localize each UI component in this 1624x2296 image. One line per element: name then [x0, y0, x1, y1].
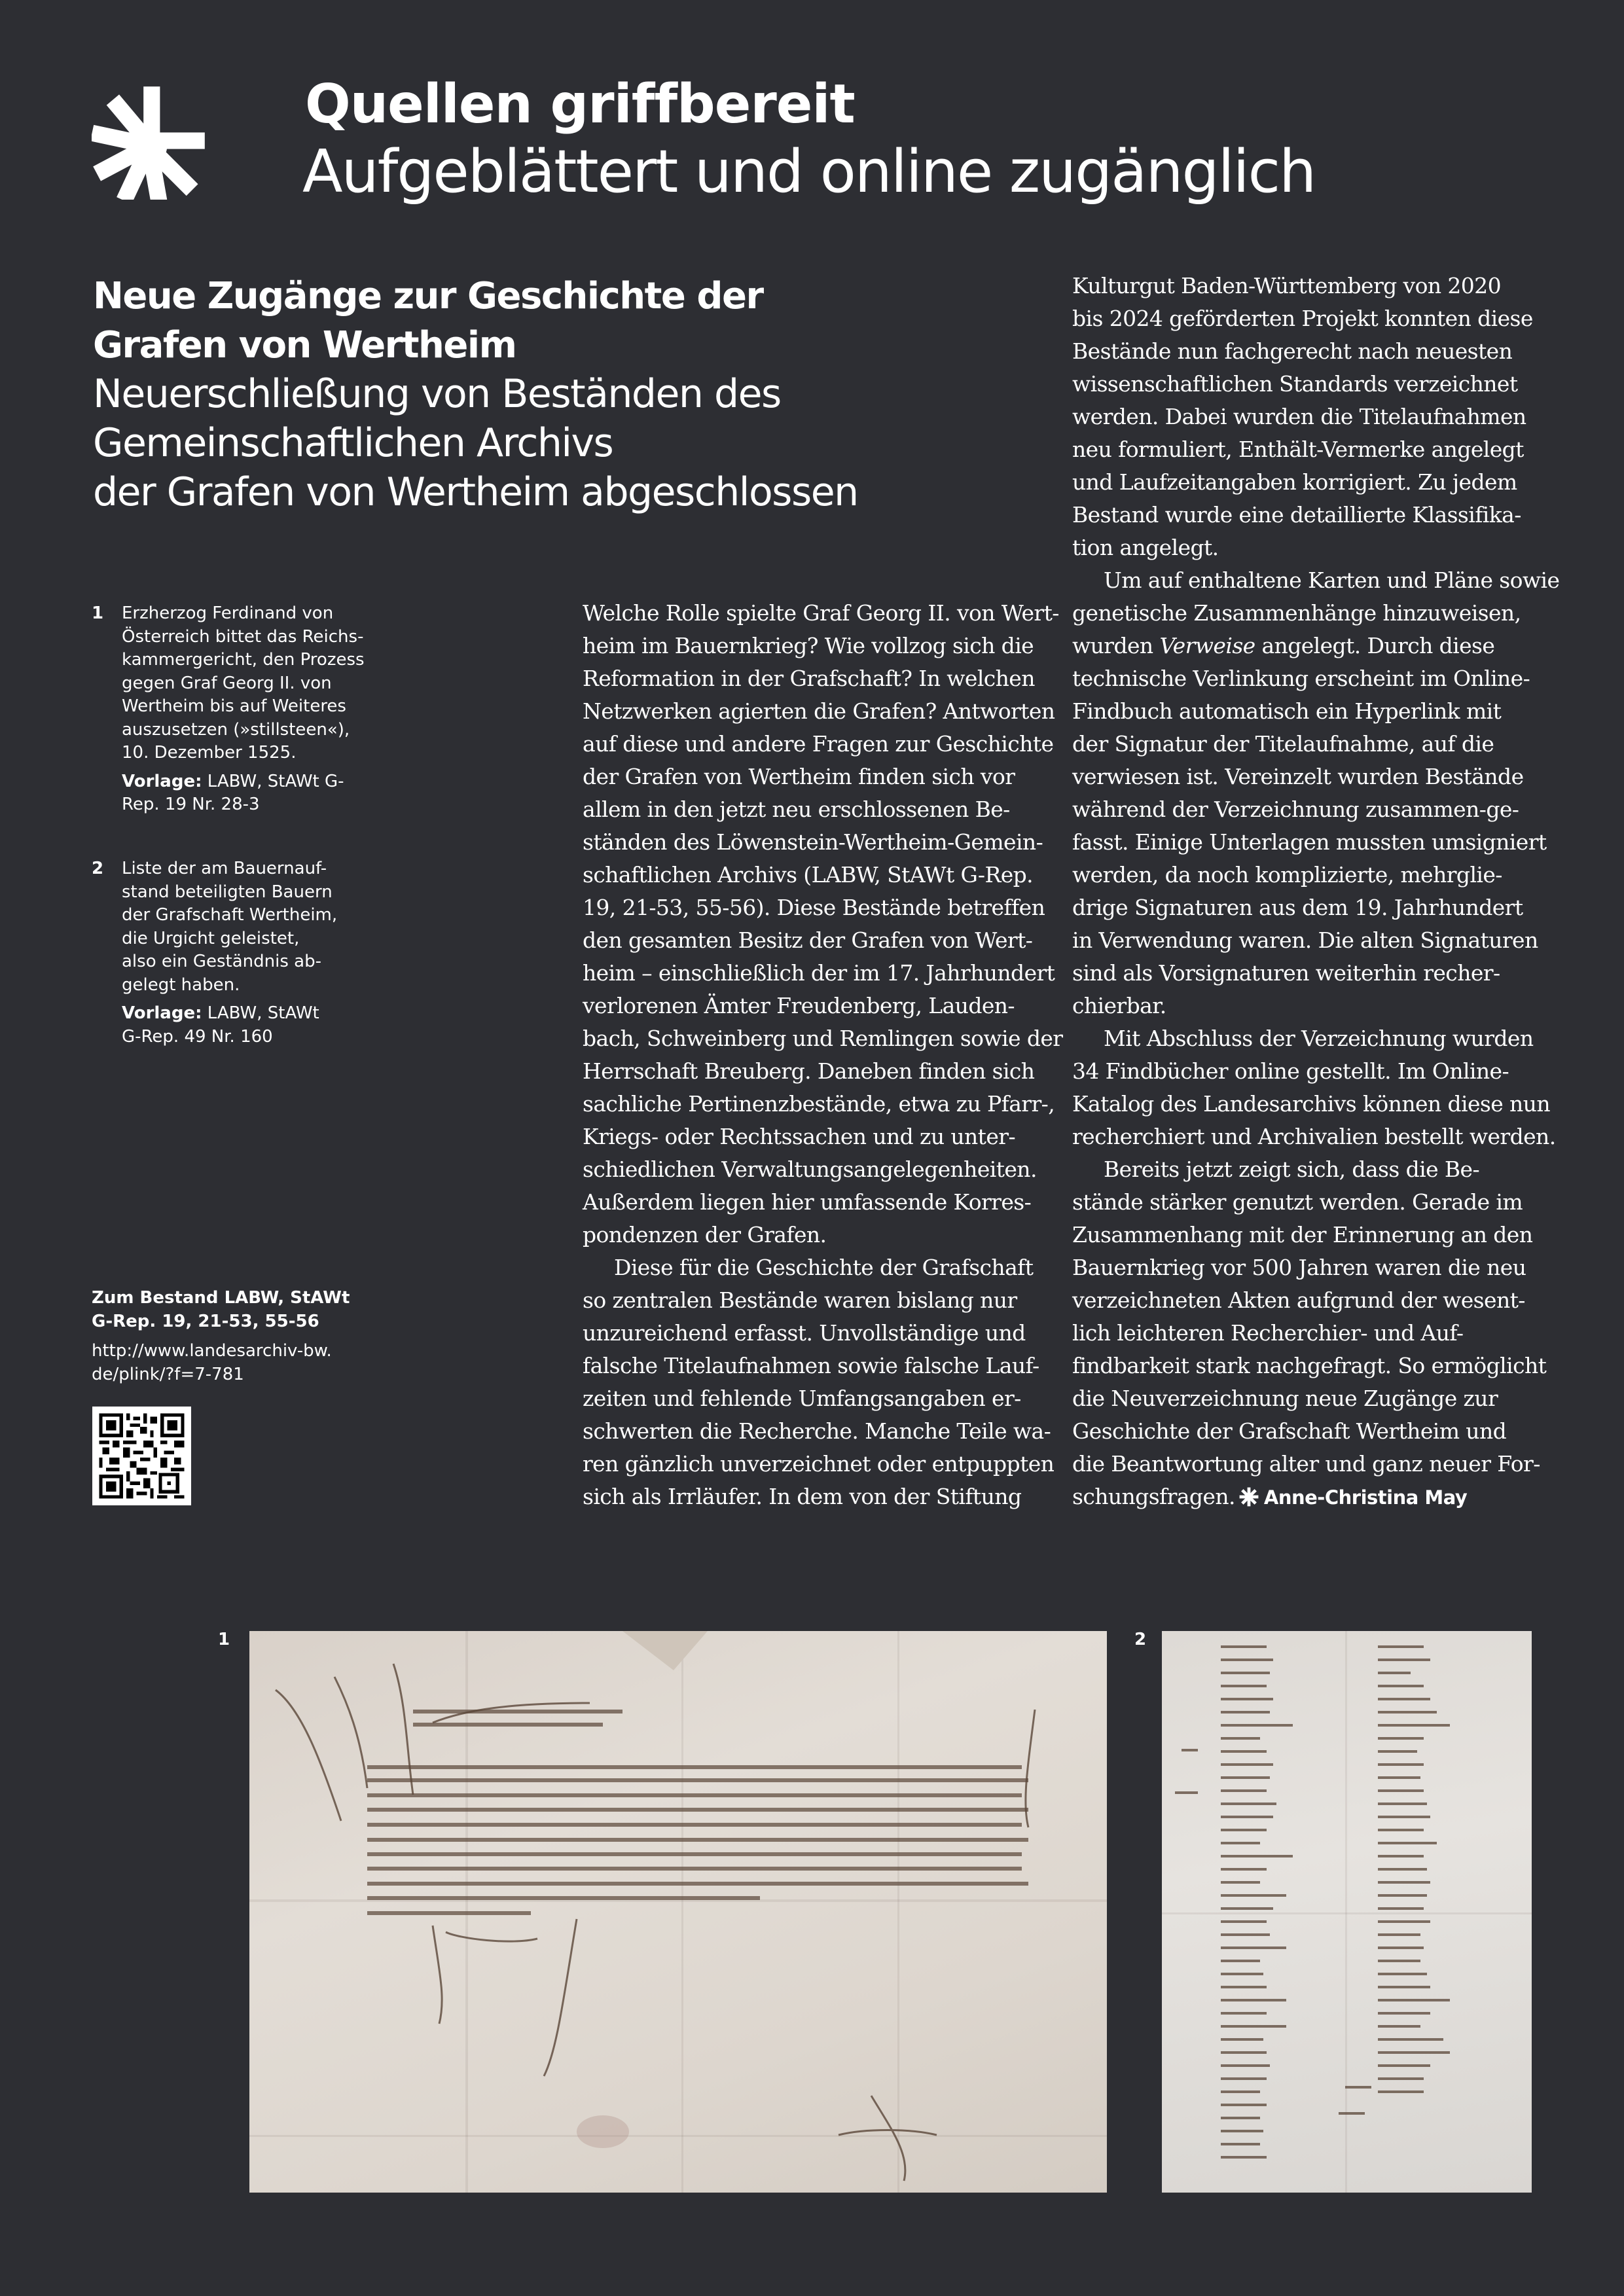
asterisk-star-icon	[1239, 1487, 1259, 1507]
text-line: Mit Abschluss der Verzeichnung wurden	[1072, 1022, 1559, 1055]
text-line: Welche Rolle spielte Graf Georg II. von …	[583, 597, 1062, 630]
handwriting-list-illustration	[1162, 1631, 1532, 2193]
text-line: lich leichteren Recherchier- und Auf-	[1072, 1317, 1559, 1350]
text-line: heim im Bauernkrieg? Wie vollzog sich di…	[583, 630, 1062, 662]
text-line: schaftlichen Archivs (LABW, StAWt G-Rep.	[583, 859, 1062, 891]
url-line[interactable]: de/plink/?f=7-781	[92, 1363, 350, 1387]
caption-line: Liste der am Bauernauf-	[122, 857, 393, 881]
text-line: werden. Dabei wurden die Titelaufnahmen	[1072, 401, 1559, 433]
image-number: 1	[218, 1630, 230, 1649]
caption-source: Vorlage: LABW, StAWt G-Rep. 49 Nr. 160	[122, 1002, 393, 1049]
text-line: Bestand wurde eine detaillierte Klassifi…	[1072, 499, 1559, 531]
subheading-line: der Grafen von Wertheim abgeschlossen	[93, 468, 858, 517]
text-line: während der Verzeichnung zusammen-ge-	[1072, 793, 1559, 826]
text-fragment: angelegt. Durch diese	[1255, 633, 1495, 658]
italic-term: Verweise	[1159, 633, 1255, 658]
article-heading: Neue Zugänge zur Geschichte der Grafen v…	[93, 272, 763, 370]
text-line: die Neuverzeichnung neue Zugänge zur	[1072, 1382, 1559, 1415]
text-line: technische Verlinkung erscheint im Onlin…	[1072, 662, 1559, 695]
bestand-url[interactable]: http://www.landesarchiv-bw. de/plink/?f=…	[92, 1340, 350, 1386]
text-line: sind als Vorsignaturen weiterhin recher-	[1072, 957, 1559, 990]
caption-number: 1	[92, 602, 103, 626]
text-line: in Verwendung waren. Die alten Signature…	[1072, 924, 1559, 957]
text-line: Um auf enthaltene Karten und Pläne sowie	[1072, 564, 1559, 597]
caption-line: gelegt haben.	[122, 974, 393, 997]
caption-line: Erzherzog Ferdinand von	[122, 602, 393, 626]
text-line: der Signatur der Titelaufnahme, auf die	[1072, 728, 1559, 761]
author-name: Anne-Christina May	[1264, 1486, 1467, 1509]
text-line: Bereits jetzt zeigt sich, dass die Be-	[1072, 1153, 1559, 1186]
caption-line: Österreich bittet das Reichs-	[122, 626, 393, 649]
text-line: tion angelegt.	[1072, 531, 1559, 564]
caption-line: der Grafschaft Wertheim,	[122, 904, 393, 927]
text-line: stände stärker genutzt werden. Gerade im	[1072, 1186, 1559, 1219]
poster-subtitle: Aufgeblättert und online zugänglich	[302, 136, 1315, 208]
text-line: ständen des Löwenstein-Wertheim-Gemein-	[583, 826, 1062, 859]
text-line: der Grafen von Wertheim finden sich vor	[583, 761, 1062, 793]
source-line: Rep. 19 Nr. 28-3	[122, 793, 393, 817]
source-line: G-Rep. 49 Nr. 160	[122, 1026, 393, 1049]
text-line: sachliche Pertinenzbestände, etwa zu Pfa…	[583, 1088, 1062, 1121]
text-fragment: schungsfragen.	[1072, 1484, 1235, 1509]
text-line: schwerten die Recherche. Manche Teile wa…	[583, 1415, 1062, 1448]
text-line: wurden Verweise angelegt. Durch diese	[1072, 630, 1559, 662]
text-line: findbarkeit stark nachgefragt. So ermögl…	[1072, 1350, 1559, 1382]
caption-source: Vorlage: LABW, StAWt G- Rep. 19 Nr. 28-3	[122, 770, 393, 817]
text-line: pondenzen der Grafen.	[583, 1219, 1062, 1251]
poster-title: Quellen griffbereit	[305, 72, 855, 137]
caption-line: die Urgicht geleistet,	[122, 927, 393, 951]
text-line: und Laufzeitangaben korrigiert. Zu jedem	[1072, 466, 1559, 499]
text-line: bach, Schweinberg und Remlingen sowie de…	[583, 1022, 1062, 1055]
text-line: Kriegs- oder Rechtssachen und zu unter-	[583, 1121, 1062, 1153]
text-line: bis 2024 geförderten Projekt konnten die…	[1072, 302, 1559, 335]
text-line: Diese für die Geschichte der Grafschaft	[583, 1251, 1062, 1284]
article-subheading: Neuerschließung von Beständen des Gemein…	[93, 370, 858, 517]
text-line: Bauernkrieg vor 500 Jahren waren die neu	[1072, 1251, 1559, 1284]
article-column-1: Welche Rolle spielte Graf Georg II. von …	[583, 597, 1062, 1513]
bestand-title-line: Zum Bestand LABW, StAWt	[92, 1287, 350, 1310]
text-line: heim – einschließlich der im 17. Jahrhun…	[583, 957, 1062, 990]
text-line: auf diese und andere Fragen zur Geschich…	[583, 728, 1062, 761]
text-line: so zentralen Bestände waren bislang nur	[583, 1284, 1062, 1317]
source-line: LABW, StAWt G-	[208, 772, 344, 791]
subheading-line: Gemeinschaftlichen Archivs	[93, 419, 858, 468]
text-line: schiedlichen Verwaltungsangelegenheiten.	[583, 1153, 1062, 1186]
text-line: die Beantwortung alter und ganz neuer Fo…	[1072, 1448, 1559, 1480]
text-line: 34 Findbücher online gestellt. Im Online…	[1072, 1055, 1559, 1088]
text-line: neu formuliert, Enthält-Vermerke angeleg…	[1072, 433, 1559, 466]
text-line: Herrschaft Breuberg. Daneben finden sich	[583, 1055, 1062, 1088]
text-line: schungsfragen.Anne-Christina May	[1072, 1480, 1559, 1514]
text-line: werden, da noch komplizierte, mehrglie-	[1072, 859, 1559, 891]
text-line: zeiten und fehlende Umfangsangaben er-	[583, 1382, 1062, 1415]
text-line: Zusammenhang mit der Erinnerung an den	[1072, 1219, 1559, 1251]
document-image-letter	[249, 1631, 1107, 2193]
text-line: Katalog des Landesarchivs können diese n…	[1072, 1088, 1559, 1121]
text-line: Außerdem liegen hier umfassende Korres-	[583, 1186, 1062, 1219]
caption-line: auszusetzen (»stillsteen«),	[122, 719, 393, 742]
source-label: Vorlage:	[122, 1003, 202, 1023]
text-line: verlorenen Ämter Freudenberg, Lauden-	[583, 990, 1062, 1022]
text-line: unzureichend erfasst. Unvollständige und	[583, 1317, 1062, 1350]
heading-line: Grafen von Wertheim	[93, 321, 763, 370]
text-line: wissenschaftlichen Standards verzeichnet	[1072, 368, 1559, 401]
caption-1: 1 Erzherzog Ferdinand von Österreich bit…	[92, 602, 393, 817]
text-line: Reformation in der Grafschaft? In welche…	[583, 662, 1062, 695]
text-line: Findbuch automatisch ein Hyperlink mit	[1072, 695, 1559, 728]
text-line: Kulturgut Baden-Württemberg von 2020	[1072, 270, 1559, 302]
text-line: Bestände nun fachgerecht nach neuesten	[1072, 335, 1559, 368]
text-line: 19, 21-53, 55-56). Diese Bestände betref…	[583, 891, 1062, 924]
document-image-list	[1162, 1631, 1532, 2193]
asterisk-star-icon	[92, 82, 209, 200]
caption-line: stand beteiligten Bauern	[122, 881, 393, 905]
url-line[interactable]: http://www.landesarchiv-bw.	[92, 1340, 350, 1363]
caption-line: gegen Graf Georg II. von	[122, 672, 393, 696]
caption-number: 2	[92, 857, 103, 881]
text-line: verzeichneten Akten aufgrund der wesent-	[1072, 1284, 1559, 1317]
image-number: 2	[1134, 1630, 1146, 1649]
bestand-title-line: G-Rep. 19, 21-53, 55-56	[92, 1310, 350, 1334]
text-line: verwiesen ist. Vereinzelt wurden Beständ…	[1072, 761, 1559, 793]
text-line: genetische Zusammenhänge hinzuweisen,	[1072, 597, 1559, 630]
text-line: falsche Titelaufnahmen sowie falsche Lau…	[583, 1350, 1062, 1382]
article-column-2: Kulturgut Baden-Württemberg von 2020 bis…	[1072, 270, 1559, 1514]
text-line: den gesamten Besitz der Grafen von Wert-	[583, 924, 1062, 957]
caption-2: 2 Liste der am Bauernauf- stand beteilig…	[92, 857, 393, 1049]
text-line: drige Signaturen aus dem 19. Jahrhundert	[1072, 891, 1559, 924]
text-line: allem in den jetzt neu erschlossenen Be-	[583, 793, 1062, 826]
source-line: LABW, StAWt	[208, 1003, 319, 1023]
caption-line: 10. Dezember 1525.	[122, 742, 393, 765]
caption-line: kammergericht, den Prozess	[122, 649, 393, 672]
text-line: ren gänzlich unverzeichnet oder entpuppt…	[583, 1448, 1062, 1480]
subheading-line: Neuerschließung von Beständen des	[93, 370, 858, 419]
source-label: Vorlage:	[122, 772, 202, 791]
text-line: fasst. Einige Unterlagen mussten umsigni…	[1072, 826, 1559, 859]
handwriting-illustration	[249, 1631, 1107, 2193]
text-line: recherchiert und Archivalien bestellt we…	[1072, 1121, 1559, 1153]
text-line: sich als Irrläufer. In dem von der Stift…	[583, 1480, 1062, 1513]
text-fragment: wurden	[1072, 633, 1159, 658]
heading-line: Neue Zugänge zur Geschichte der	[93, 272, 763, 321]
text-line: Netzwerken agierten die Grafen? Antworte…	[583, 695, 1062, 728]
qr-code-icon[interactable]	[92, 1407, 191, 1505]
caption-line: also ein Geständnis ab-	[122, 950, 393, 974]
caption-line: Wertheim bis auf Weiteres	[122, 695, 393, 719]
text-line: chierbar.	[1072, 990, 1559, 1022]
text-line: Geschichte der Grafschaft Wertheim und	[1072, 1415, 1559, 1448]
bestand-info: Zum Bestand LABW, StAWt G-Rep. 19, 21-53…	[92, 1287, 350, 1386]
